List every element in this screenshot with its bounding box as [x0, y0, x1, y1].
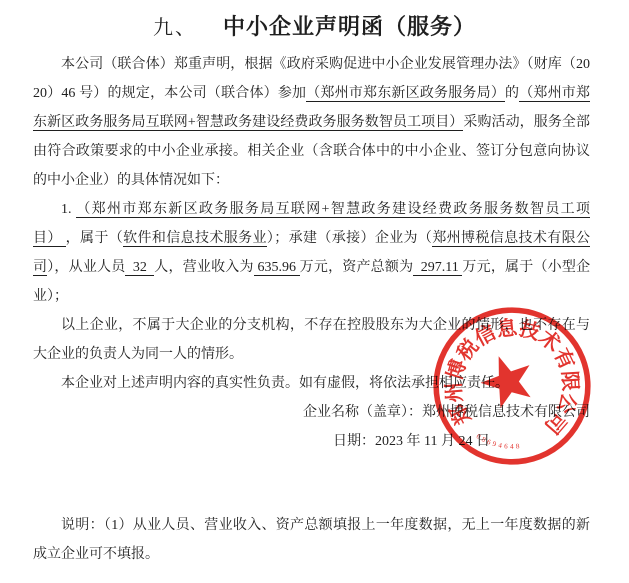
seal-star-icon — [481, 356, 531, 408]
underlined-field: 32 — [125, 260, 154, 276]
underlined-field: 297.11 — [413, 260, 462, 276]
underlined-field: 635.96 — [254, 260, 300, 276]
paragraph: 本公司（联合体）郑重声明，根据《政府采购促进中小企业发展管理办法》（财库（202… — [33, 50, 590, 195]
company-seal: 郑州博税信息技术有限公司 08694648 — [421, 297, 603, 479]
declaration-document-page: 九、中小企业声明函（服务） 本公司（联合体）郑重声明，根据《政府采购促进中小企业… — [0, 0, 629, 583]
seal-serial-number: 08694648 — [475, 432, 523, 450]
note-paragraph: 说明：（1）从业人员、营业收入、资产总额填报上一年度数据，无上一年度数据的新成立… — [33, 511, 590, 569]
text-run: 万元，资产总额为 — [300, 260, 414, 275]
section-number: 九、 — [153, 17, 197, 39]
text-run: 人，营业收入为 — [154, 260, 253, 275]
page-title: 中小企业声明函（服务） — [223, 14, 476, 39]
text-run: ），从业人员 — [47, 260, 125, 275]
text-run: 1. — [61, 202, 76, 217]
underlined-field: （郑州市郑东新区政务服务局） — [306, 86, 505, 102]
underlined-field: 软件和信息技术服务业 — [123, 231, 267, 247]
svg-text:08694648: 08694648 — [475, 432, 523, 450]
text-run: 的 — [505, 86, 519, 101]
paragraph: 1. （郑州市郑东新区政务服务局互联网+智慧政务建设经费政务服务数智员工项目） … — [33, 195, 590, 311]
text-run: ，属于（ — [66, 231, 124, 246]
document-title: 九、中小企业声明函（服务） — [0, 0, 629, 45]
text-run: ）；承建（承接）企业为（ — [267, 231, 432, 246]
